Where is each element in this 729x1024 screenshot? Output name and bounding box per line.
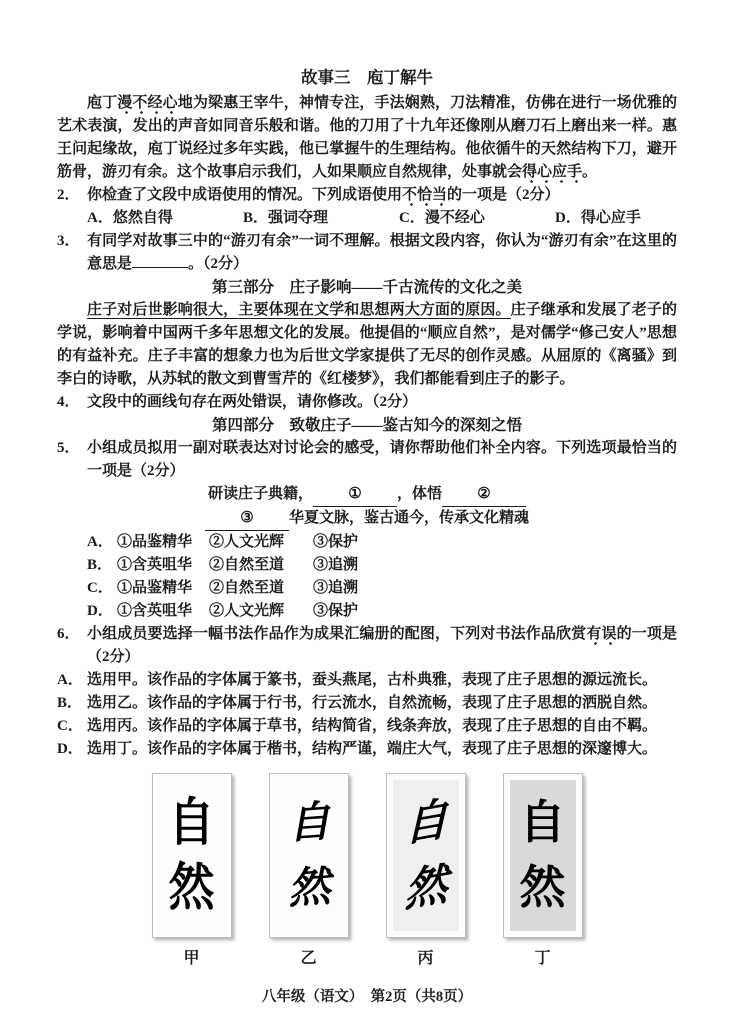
couplet-line1-pre: 研读庄子典籍， [208, 486, 313, 502]
q2-option-b-label: B． [243, 210, 268, 226]
calligraphy-yi-running-script-image: 自 然 [276, 780, 342, 931]
question-4-stem: 文段中的画线句存在两处错误，请你修改。（2分） [87, 394, 417, 410]
label-yi: 乙 [269, 947, 349, 970]
story3-title: 故事三 庖丁解牛 [57, 66, 677, 89]
q5-option-b-col1: ①含英咀华 [117, 554, 209, 577]
ding-char-bottom: 然 [520, 865, 566, 911]
page-content: 故事三 庖丁解牛 庖丁漫不经心地为梁惠王宰牛，神情专注，手法娴熟，刀法精准，仿佛… [57, 66, 677, 1009]
q2-option-c-label: C． [399, 210, 425, 226]
q6-option-a-label: A． [57, 669, 83, 692]
question-3-number: 3． [57, 230, 80, 253]
question-2: 2．你检查了文段中成语使用的情况。下列成语使用不恰当的一项是（2分） [57, 184, 677, 207]
question-6-stem-pre: 小组成员要选择一幅书法作品作为成果汇编册的配图，下列对书法作品欣赏 [87, 626, 586, 642]
page-footer: 八年级（语文） 第2页（共8页） [57, 986, 677, 1009]
label-jia: 甲 [152, 947, 232, 970]
question-2-number: 2． [57, 184, 80, 207]
calligraphy-card-jia: 自 然 [152, 773, 232, 938]
couplet-blank-1: ① [313, 483, 397, 507]
q6-option-d-text: 选用丁。该作品的字体属于楷书，结构严谨，端庄大气，表现了庄子思想的深邃博大。 [87, 741, 657, 757]
jia-char-bottom: 然 [169, 863, 215, 915]
q5-option-c-col2: ②自然至道 [209, 577, 313, 600]
question-4: 4．文段中的画线句存在两处错误，请你修改。（2分） [57, 391, 677, 414]
q2-option-d-label: D． [555, 210, 581, 226]
calligraphy-card-ding: 自 然 [503, 773, 583, 938]
q6-option-b-label: B． [57, 692, 82, 715]
q6-option-a: A．选用甲。该作品的字体属于篆书，蚕头燕尾，古朴典雅，表现了庄子思想的源远流长。 [57, 669, 677, 692]
q5-option-a-col2: ②人文光辉 [209, 531, 313, 554]
q5-option-d-col1: ①含英咀华 [117, 600, 209, 623]
q5-option-a: A． ①品鉴精华 ②人文光辉 ③保护 [57, 531, 677, 554]
question-5-number: 5． [57, 437, 80, 460]
label-ding: 丁 [503, 947, 583, 970]
yi-char-bottom: 然 [286, 866, 331, 911]
q2-option-a-text: 悠然自得 [113, 210, 173, 226]
calligraphy-labels: 甲 乙 丙 丁 [57, 947, 677, 970]
story3-emphasis-manbujingxin: 漫不经心 [117, 95, 178, 115]
q5-option-b-col3: ③追溯 [313, 554, 358, 577]
q5-option-b-col2: ②自然至道 [209, 554, 313, 577]
question-5: 5．小组成员拟用一副对联表达对讨论会的感受，请你帮助他们补全内容。下列选项最恰当… [57, 437, 677, 483]
question-6: 6．小组成员要选择一幅书法作品作为成果汇编册的配图，下列对书法作品欣赏有误的一项… [57, 623, 677, 669]
ding-char-top: 自 [520, 800, 566, 846]
q2-option-d: D．得心应手 [555, 207, 641, 230]
question-2-options: A．悠然自得 B．强词夺理 C．漫不经心 D．得心应手 [57, 207, 677, 230]
q2-option-c: C．漫不经心 [399, 207, 555, 230]
couplet-line1-mid: ，体悟 [397, 486, 442, 502]
q6-option-a-text: 选用甲。该作品的字体属于篆书，蚕头燕尾，古朴典雅，表现了庄子思想的源远流长。 [87, 672, 657, 688]
q5-option-c-col3: ③追溯 [313, 577, 358, 600]
exam-page: 故事三 庖丁解牛 庖丁漫不经心地为梁惠王宰牛，神情专注，手法娴熟，刀法精准，仿佛… [0, 0, 729, 1024]
q6-option-c: C．选用丙。该作品的字体属于草书，结构简省，线条奔放，表现了庄子思想的自由不羁。 [57, 715, 677, 738]
couplet-blank-2: ② [442, 483, 526, 507]
calligraphy-card-bing: 自 然 [386, 773, 466, 938]
story3-seg1: 庖丁 [87, 95, 117, 111]
q6-option-c-text: 选用丙。该作品的字体属于草书，结构简省，线条奔放，表现了庄子思想的自由不羁。 [87, 718, 657, 734]
q5-option-d-col3: ③保护 [313, 600, 358, 623]
story3-seg3: 。 [582, 164, 597, 180]
q5-option-a-col1: ①品鉴精华 [117, 531, 209, 554]
couplet-line-2: ③华夏文脉，鉴古通今，传承文化精魂 [57, 507, 677, 531]
question-2-stem-post: 的一项是（2分） [447, 187, 560, 203]
q6-option-b-text: 选用乙。该作品的字体属于行书，行云流水，自然流畅，表现了庄子思想的洒脱自然。 [87, 695, 657, 711]
question-4-number: 4． [57, 391, 80, 414]
q2-option-b: B．强词夺理 [243, 207, 399, 230]
couplet-line2-post: 华夏文脉，鉴古通今，传承文化精魂 [289, 510, 529, 526]
story3-emphasis-dexinyingshou: 得心应手 [522, 164, 582, 184]
question-6-number: 6． [57, 623, 80, 646]
question-5-stem: 小组成员拟用一副对联表达对讨论会的感受，请你帮助他们补全内容。下列选项最恰当的一… [87, 440, 677, 479]
q5-option-d-label: D． [87, 600, 117, 623]
bing-char-bottom: 然 [404, 862, 447, 914]
question-2-stem-emphasis: 不恰当 [402, 187, 447, 207]
story3-paragraph: 庖丁漫不经心地为梁惠王宰牛，神情专注，手法娴熟，刀法精准，仿佛在进行一场优雅的艺… [57, 92, 677, 184]
q5-option-c-col1: ①品鉴精华 [117, 577, 209, 600]
q2-option-d-text: 得心应手 [581, 210, 641, 226]
q5-option-a-col3: ③保护 [313, 531, 358, 554]
yi-char-top: 自 [286, 800, 331, 845]
q5-option-b: B． ①含英咀华 ②自然至道 ③追溯 [57, 554, 677, 577]
q5-option-d-col2: ②人文光辉 [209, 600, 313, 623]
q5-option-a-label: A． [87, 531, 117, 554]
question-6-stem-emphasis: 有误 [586, 626, 616, 646]
jia-char-top: 自 [169, 797, 215, 849]
couplet-blank-3: ③ [205, 507, 289, 531]
q6-option-d: D．选用丁。该作品的字体属于楷书，结构严谨，端庄大气，表现了庄子思想的深邃博大。 [57, 738, 677, 761]
part3-heading: 第三部分 庄子影响——千古流传的文化之美 [57, 276, 677, 299]
calligraphy-card-yi: 自 然 [269, 773, 349, 938]
calligraphy-bing-cursive-script-image: 自 然 [393, 780, 459, 931]
question-2-stem-pre: 你检查了文段中成语使用的情况。下列成语使用 [87, 187, 402, 203]
q2-option-c-text: 漫不经心 [425, 210, 485, 226]
q5-option-c-label: C． [87, 577, 117, 600]
q2-option-a-label: A． [87, 210, 113, 226]
q5-option-d: D． ①含英咀华 ②人文光辉 ③保护 [57, 600, 677, 623]
q5-option-b-label: B． [87, 554, 117, 577]
part4-heading: 第四部分 致敬庄子——鉴古知今的深刻之悟 [57, 414, 677, 437]
part3-underlined-sentence: 庄子对后世影响很大，主要体现在文学和思想两大方面的原因。 [87, 302, 511, 319]
couplet-line-1: 研读庄子典籍，①，体悟② [57, 483, 677, 507]
bing-char-top: 自 [404, 797, 447, 849]
question-3-answer-blank [132, 253, 188, 268]
q6-option-b: B．选用乙。该作品的字体属于行书，行云流水，自然流畅，表现了庄子思想的洒脱自然。 [57, 692, 677, 715]
calligraphy-ding-regular-script-image: 自 然 [510, 780, 576, 931]
question-3-stem-post: 。（2分） [188, 256, 248, 272]
part3-paragraph: 庄子对后世影响很大，主要体现在文学和思想两大方面的原因。庄子继承和发展了老子的学… [57, 299, 677, 391]
q6-option-d-label: D． [57, 738, 83, 761]
q5-option-c: C． ①品鉴精华 ②自然至道 ③追溯 [57, 577, 677, 600]
q2-option-a: A．悠然自得 [87, 207, 243, 230]
calligraphy-jia-seal-script-image: 自 然 [159, 780, 225, 931]
question-3: 3．有同学对故事三中的“游刃有余”一词不理解。根据文段内容，你认为“游刃有余”在… [57, 230, 677, 276]
q6-option-c-label: C． [57, 715, 83, 738]
q2-option-b-text: 强词夺理 [268, 210, 328, 226]
calligraphy-artworks: 自 然 自 然 自 然 自 然 [57, 773, 677, 938]
label-bing: 丙 [386, 947, 466, 970]
